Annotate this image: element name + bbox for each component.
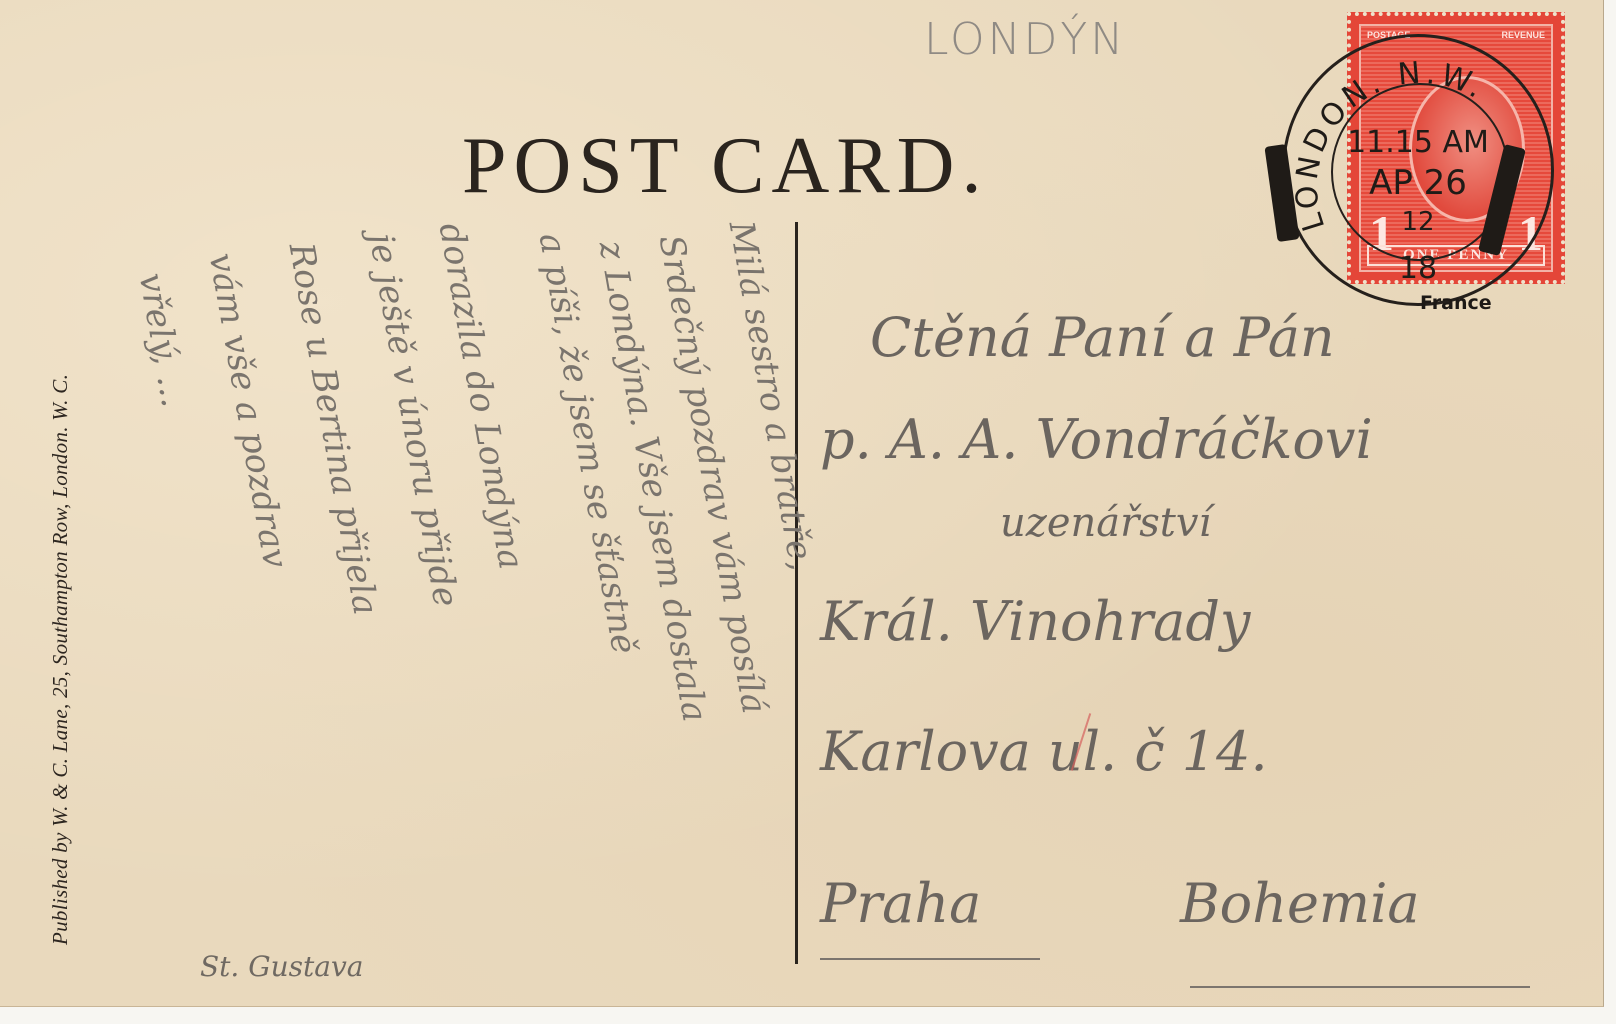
postcard-heading: POST CARD. <box>462 126 988 206</box>
address-business: uzenářství <box>1000 500 1211 546</box>
postmark: LONDON. N.W. 11.15 AM AP 26 12 18 <box>1282 34 1554 306</box>
address-country: Bohemia <box>1180 872 1420 935</box>
publisher-imprint: Published by W. & C. Lane, 25, Southampt… <box>48 374 73 945</box>
postcard: Published by W. & C. Lane, 25, Southampt… <box>0 0 1604 1007</box>
postmark-year: 18 <box>1282 251 1554 286</box>
stamp-overprint: France <box>1420 292 1492 314</box>
postmark-day: 12 <box>1282 207 1554 237</box>
address-recipient: p. A. A. Vondráčkovi <box>820 408 1373 471</box>
message-address-divider <box>795 222 798 964</box>
message-signature: St. Gustava <box>200 950 363 983</box>
message-line: vám vše a pozdrav <box>201 250 296 571</box>
address-salutation: Ctěná Paní a Pán <box>870 306 1335 369</box>
message-line: Rose u Bertina přijela <box>281 240 386 618</box>
address-street: Karlova ul. č 14. <box>820 720 1268 783</box>
country-underline <box>1190 986 1530 988</box>
city-underline <box>820 958 1040 960</box>
address-district: Král. Vinohrady <box>820 590 1250 653</box>
address-city: Praha <box>820 872 981 935</box>
pencil-annotation: LONDÝN <box>924 14 1126 65</box>
message-line: vřelý, ... <box>131 270 194 410</box>
